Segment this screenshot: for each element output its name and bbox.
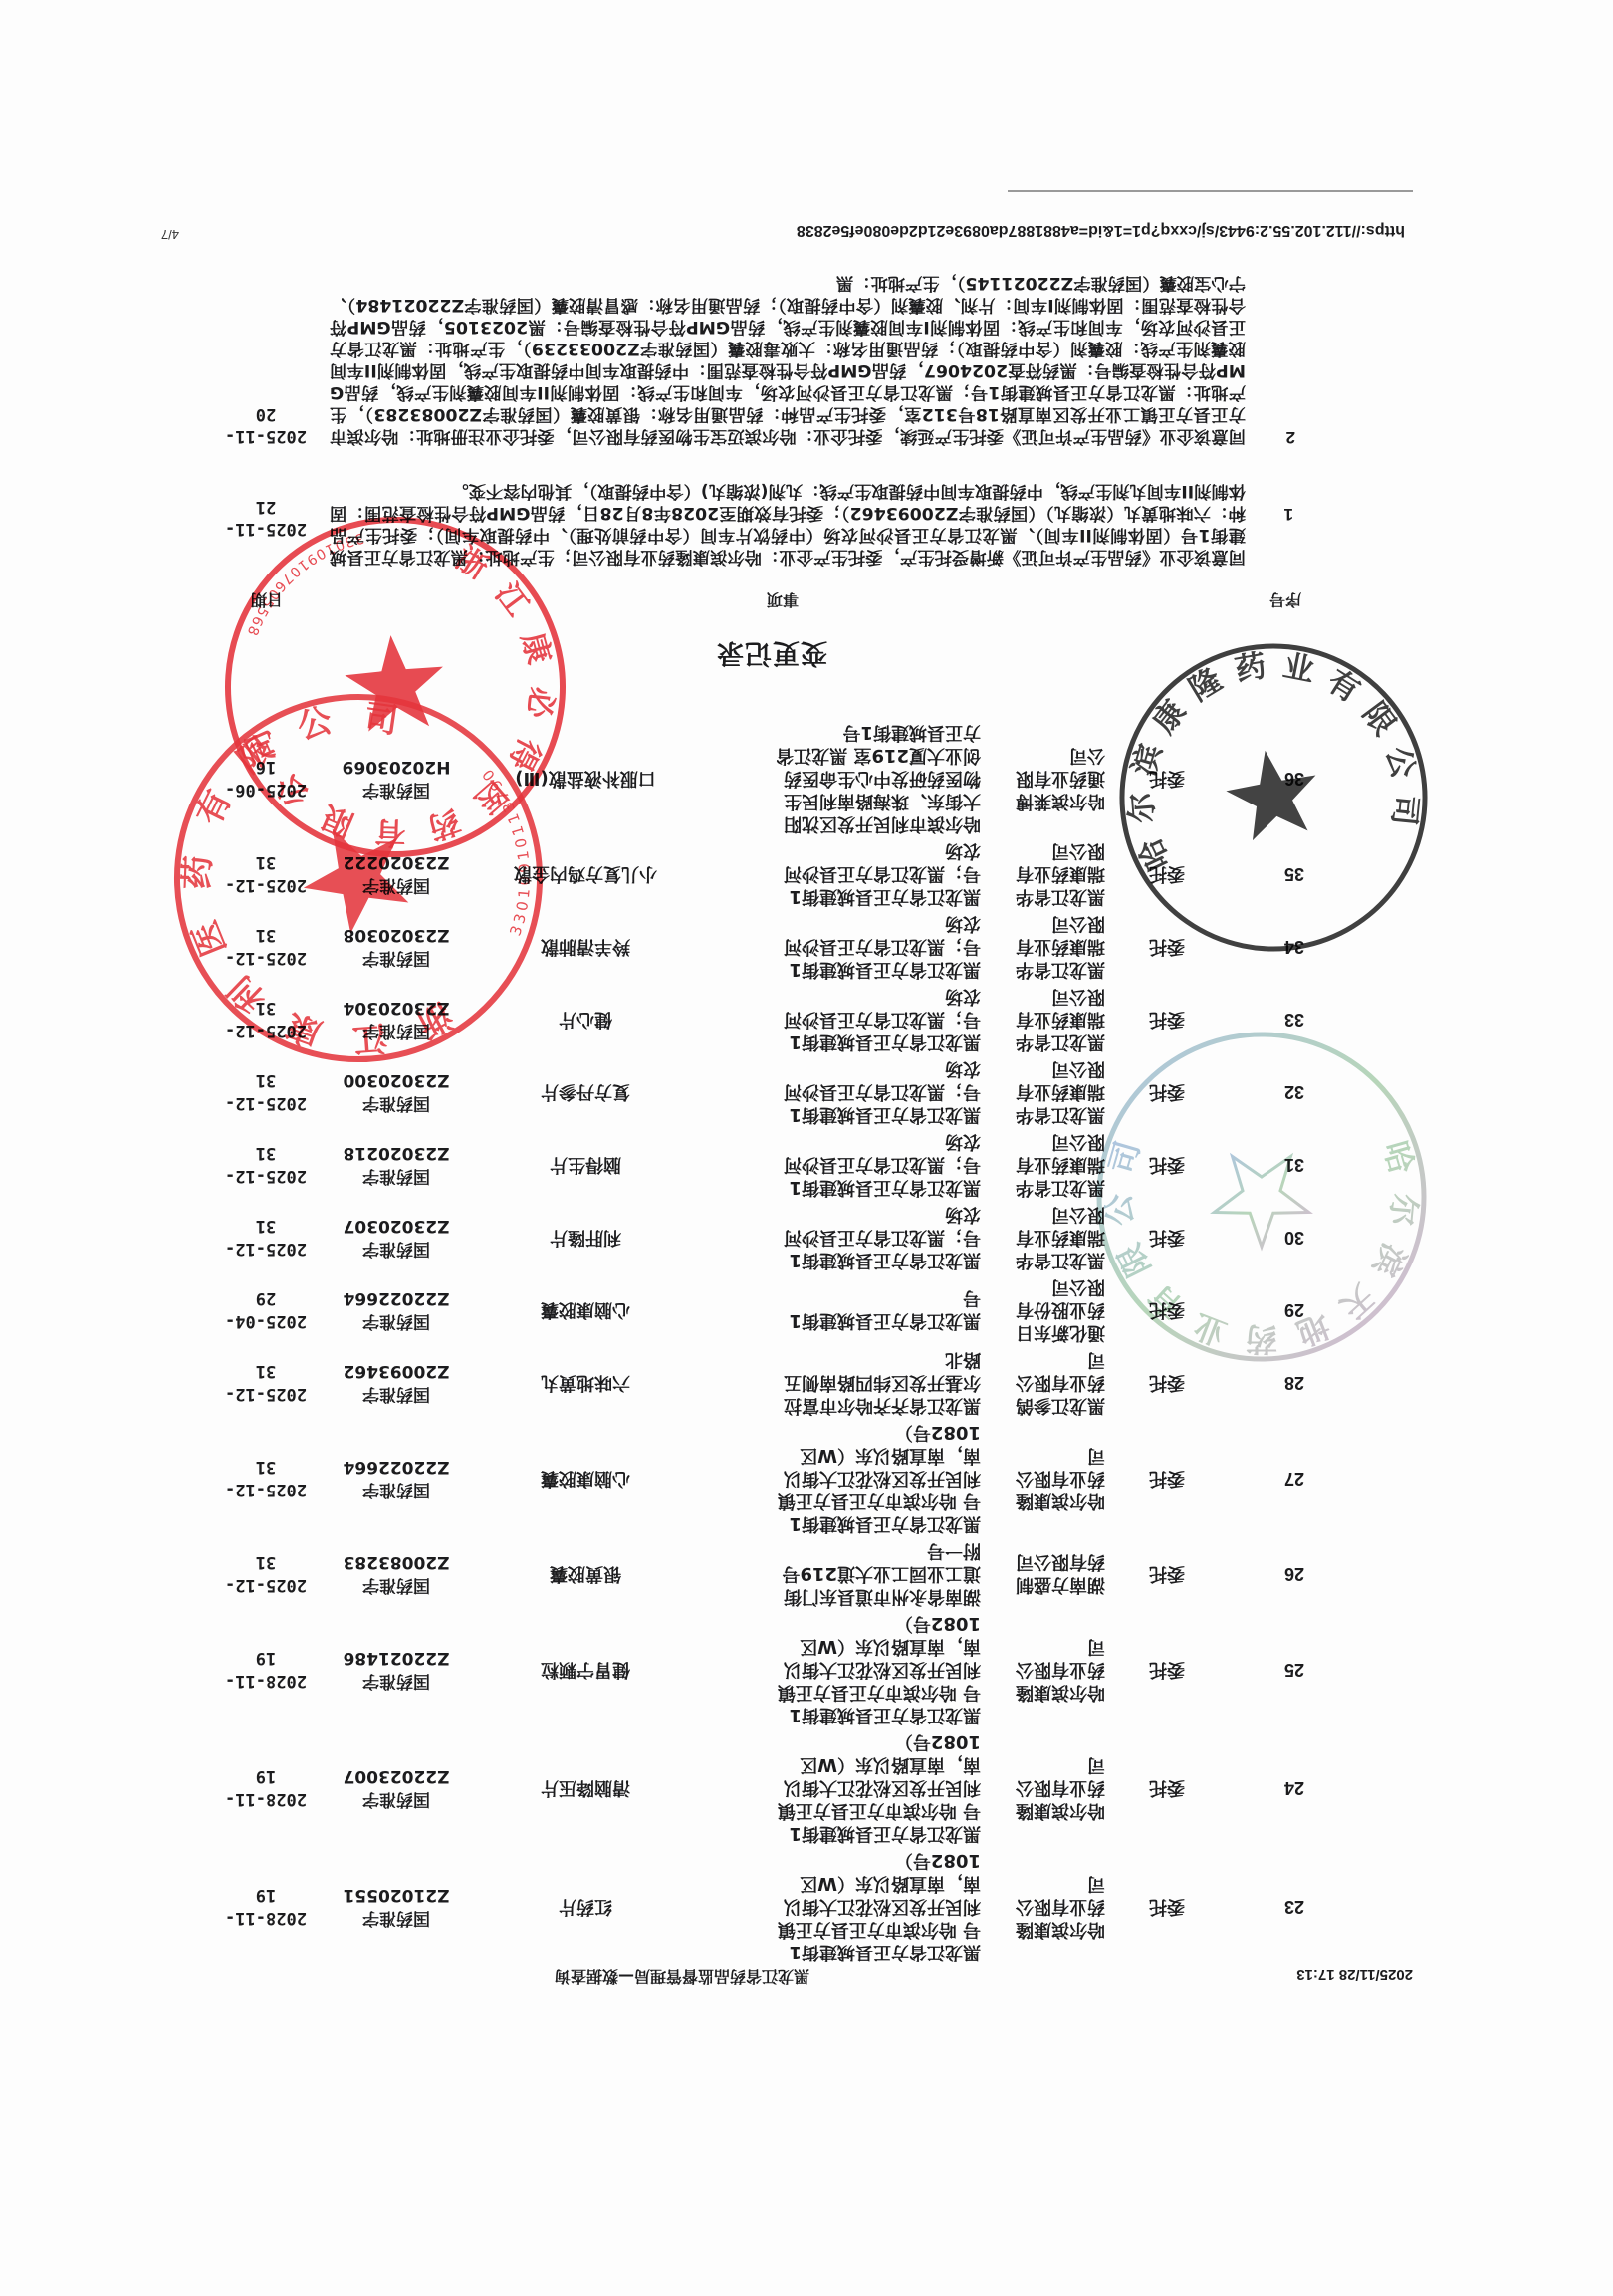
table-row: 26委托湖南方盛制药有限公司湖南省永州市道县东门街道工业园工业大道219号附一号… (213, 1537, 1334, 1610)
entrust-type: 委托 (1119, 1776, 1215, 1799)
production-address: 湖南省永州市道县东门街道工业园工业大道219号附一号 (747, 1539, 996, 1608)
row-index: 27 (1255, 1467, 1334, 1490)
expiry-date: 2025-12-31 (224, 997, 308, 1042)
row-index: 29 (1255, 1298, 1334, 1321)
table-row: 33委托黑龙江省华瑞康药业有限公司黑龙江省方正县城建街1号；黑龙江省方正县沙河农… (213, 983, 1334, 1055)
production-address: 黑龙江省方正县城建街1号；黑龙江省方正县沙河农场 (747, 985, 996, 1053)
drug-name: 六味地黄丸 (454, 1371, 717, 1394)
drug-name: 口服补液盐散(Ⅲ) (454, 767, 717, 790)
table-row: 25委托哈尔滨康隆药业有限公司黑龙江省方正县城建街1号 哈尔滨市方正县方正镇利民… (213, 1610, 1334, 1728)
column-header-date: 日期 (251, 589, 283, 612)
approval-number: 国药准字Z23020307 (339, 1215, 454, 1261)
table-row: 24委托哈尔滨康隆药业有限公司黑龙江省方正县城建街1号 哈尔滨市方正县方正镇利民… (213, 1728, 1334, 1847)
entrust-type: 委托 (1119, 1298, 1215, 1321)
row-index: 24 (1255, 1776, 1334, 1799)
column-header-index: 序号 (1269, 589, 1301, 612)
drug-name: 健胃宁颗粒 (454, 1658, 717, 1681)
expiry-date: 2025-12-31 (224, 1215, 308, 1261)
expiry-date: 2025-12-31 (224, 924, 308, 970)
change-content: 同意该企业《药品生产许可证》委托生产延续，委托企业：哈尔滨迈宝生物医药有限公司，… (330, 272, 1246, 447)
company-name: 黑龙江省华瑞康药业有限公司 (996, 1203, 1119, 1271)
production-address: 黑龙江省方正县城建街1号 哈尔滨市方正县方正镇利民开发区松花江大街以南，南直路以… (747, 1421, 996, 1535)
expiry-date: 2025-12-31 (224, 1142, 308, 1188)
document-sheet: 2025/11/28 17:13 黑龙江省药品监督管理局—数据查询 23委托哈尔… (0, 0, 1613, 2296)
drug-name: 小儿复方鸡内金散 (454, 862, 717, 885)
row-index: 30 (1255, 1226, 1334, 1249)
row-index: 26 (1255, 1562, 1334, 1585)
change-record-title: 变更记录 (672, 636, 871, 675)
entrust-type: 委托 (1119, 1226, 1215, 1249)
drug-name: 脑得生片 (454, 1153, 717, 1176)
entrust-type: 委托 (1119, 862, 1215, 885)
scanned-page: 2025/11/28 17:13 黑龙江省药品监督管理局—数据查询 23委托哈尔… (0, 0, 1613, 2296)
production-address: 黑龙江省齐齐哈尔市富拉尔基开发区纬四路南侧五路北 (747, 1348, 996, 1417)
row-index: 1 (1284, 504, 1293, 524)
scan-edge-line (1008, 190, 1413, 192)
row-index: 23 (1255, 1895, 1334, 1918)
entrust-type: 委托 (1119, 1467, 1215, 1490)
column-header-content: 事项 (767, 589, 799, 612)
entrust-type: 委托 (1119, 935, 1215, 958)
table-row: 23委托哈尔滨康隆药业有限公司黑龙江省方正县城建街1号 哈尔滨市方正县方正镇利民… (213, 1847, 1334, 1965)
expiry-date: 2025-12-31 (224, 1551, 308, 1597)
drug-name: 心脑康胶囊 (454, 1467, 717, 1490)
approval-number: 国药准字Z23020300 (339, 1069, 454, 1115)
expiry-date: 2025-12-31 (224, 851, 308, 897)
approval-number: 国药准字Z22022664 (339, 1456, 454, 1501)
print-datetime: 2025/11/28 17:13 (1296, 1966, 1413, 1983)
table-row: 27委托哈尔滨康隆药业有限公司黑龙江省方正县城建街1号 哈尔滨市方正县方正镇利民… (213, 1419, 1334, 1537)
company-name: 通化新东日药业股份有限公司 (996, 1275, 1119, 1344)
print-url: https://112.102.55.2:9443/sj/cxxq?p1=1&i… (797, 221, 1405, 239)
entrust-type: 委托 (1119, 1562, 1215, 1585)
production-address: 黑龙江省方正县城建街1号；黑龙江省方正县沙河农场 (747, 1203, 996, 1271)
approval-number: 国药准字Z23020308 (339, 924, 454, 970)
entrusted-production-table: 23委托哈尔滨康隆药业有限公司黑龙江省方正县城建街1号 哈尔滨市方正县方正镇利民… (213, 719, 1334, 1965)
expiry-date: 2025-06-16 (224, 756, 308, 802)
print-site-title: 黑龙江省药品监督管理局—数据查询 (555, 1966, 809, 1989)
table-row: 30委托黑龙江省华瑞康药业有限公司黑龙江省方正县城建街1号；黑龙江省方正县沙河农… (213, 1201, 1334, 1273)
company-name: 哈尔滨康隆药业有限公司 (996, 1444, 1119, 1512)
row-index: 34 (1255, 935, 1334, 958)
entrust-type: 委托 (1119, 1080, 1215, 1103)
change-date: 2025-11-21 (224, 496, 308, 540)
expiry-date: 2025-12-31 (224, 1069, 308, 1115)
table-row: 31委托黑龙江省华瑞康药业有限公司黑龙江省方正县城建街1号；黑龙江省方正县沙河农… (213, 1128, 1334, 1201)
approval-number: 国药准字Z20083283 (339, 1551, 454, 1597)
expiry-date: 2028-11-19 (224, 1884, 308, 1930)
company-name: 哈尔滨康隆药业有限公司 (996, 1635, 1119, 1704)
drug-name: 银黄胶囊 (454, 1562, 717, 1585)
production-address: 黑龙江省方正县城建街1号；黑龙江省方正县沙河农场 (747, 1130, 996, 1199)
table-row: 32委托黑龙江省华瑞康药业有限公司黑龙江省方正县城建街1号；黑龙江省方正县沙河农… (213, 1055, 1334, 1128)
company-name: 黑龙江省华瑞康药业有限公司 (996, 985, 1119, 1053)
company-name: 黑龙江省华瑞康药业有限公司 (996, 912, 1119, 981)
production-address: 黑龙江省方正县城建街1号；黑龙江省方正县沙河农场 (747, 839, 996, 908)
expiry-date: 2025-04-29 (224, 1287, 308, 1333)
expiry-date: 2028-11-19 (224, 1647, 308, 1693)
table-row: 34委托黑龙江省华瑞康药业有限公司黑龙江省方正县城建街1号；黑龙江省方正县沙河农… (213, 910, 1334, 983)
drug-name: 羚羊清肺散 (454, 935, 717, 958)
production-address: 黑龙江省方正县城建街1号；黑龙江省方正县沙河农场 (747, 912, 996, 981)
drug-name: 红药片 (454, 1895, 717, 1918)
approval-number: 国药准字Z22021486 (339, 1647, 454, 1693)
approval-number: 国药准字H20203069 (339, 756, 454, 802)
approval-number: 国药准字Z23020222 (339, 851, 454, 897)
entrust-type: 委托 (1119, 767, 1215, 790)
company-name: 黑龙江参鸽药业有限公司 (996, 1348, 1119, 1417)
entrust-type: 委托 (1119, 1371, 1215, 1394)
production-address: 黑龙江省方正县城建街1号 哈尔滨市方正县方正镇利民开发区松花江大街以南，南直路以… (747, 1730, 996, 1845)
company-name: 哈尔滨康隆药业有限公司 (996, 1753, 1119, 1822)
production-address: 黑龙江省方正县城建街1号 (747, 1287, 996, 1333)
row-index: 25 (1255, 1658, 1334, 1681)
company-name: 哈尔滨莱博通药业有限公司 (996, 744, 1119, 812)
expiry-date: 2025-12-31 (224, 1360, 308, 1406)
company-name: 黑龙江省华瑞康药业有限公司 (996, 839, 1119, 908)
drug-name: 复方丹参片 (454, 1080, 717, 1103)
change-content: 同意该企业《药品生产许可证》新增受托生产，委托生产企业：哈尔滨康隆药业有限公司；… (330, 480, 1246, 568)
expiry-date: 2028-11-19 (224, 1765, 308, 1811)
approval-number: 国药准字Z22022664 (339, 1287, 454, 1333)
approval-number: 国药准字Z23020218 (339, 1142, 454, 1188)
entrust-type: 委托 (1119, 1008, 1215, 1031)
row-index: 2 (1286, 427, 1295, 447)
production-address: 哈尔滨市利民开发区沈阳大街东、珠海路南利民生物医药研发中心生命医药创业大厦219… (747, 721, 996, 835)
table-row: 36委托哈尔滨莱博通药业有限公司哈尔滨市利民开发区沈阳大街东、珠海路南利民生物医… (213, 719, 1334, 837)
entrust-type: 委托 (1119, 1895, 1215, 1918)
approval-number: 国药准字Z23020304 (339, 997, 454, 1042)
row-index: 28 (1255, 1371, 1334, 1394)
approval-number: 国药准字Z22023007 (339, 1765, 454, 1811)
row-index: 32 (1255, 1080, 1334, 1103)
production-address: 黑龙江省方正县城建街1号；黑龙江省方正县沙河农场 (747, 1057, 996, 1126)
expiry-date: 2025-12-31 (224, 1456, 308, 1501)
row-index: 35 (1255, 862, 1334, 885)
table-row: 29委托通化新东日药业股份有限公司黑龙江省方正县城建街1号心脑康胶囊国药准字Z2… (213, 1273, 1334, 1346)
production-address: 黑龙江省方正县城建街1号 哈尔滨市方正县方正镇利民开发区松花江大街以南，南直路以… (747, 1849, 996, 1963)
row-index: 33 (1255, 1008, 1334, 1031)
company-name: 湖南方盛制药有限公司 (996, 1551, 1119, 1597)
drug-name: 健心片 (454, 1008, 717, 1031)
drug-name: 利肝隆片 (454, 1226, 717, 1249)
page-number: 4/7 (161, 227, 179, 242)
entrust-type: 委托 (1119, 1658, 1215, 1681)
approval-number: 国药准字Z21020551 (339, 1884, 454, 1930)
table-row: 35委托黑龙江省华瑞康药业有限公司黑龙江省方正县城建街1号；黑龙江省方正县沙河农… (213, 837, 1334, 910)
row-index: 36 (1255, 767, 1334, 790)
approval-number: 国药准字Z20093462 (339, 1360, 454, 1406)
company-name: 黑龙江省华瑞康药业有限公司 (996, 1057, 1119, 1126)
entrust-type: 委托 (1119, 1153, 1215, 1176)
table-row: 28委托黑龙江参鸽药业有限公司黑龙江省齐齐哈尔市富拉尔基开发区纬四路南侧五路北六… (213, 1346, 1334, 1419)
company-name: 哈尔滨康隆药业有限公司 (996, 1872, 1119, 1941)
row-index: 31 (1255, 1153, 1334, 1176)
company-name: 黑龙江省华瑞康药业有限公司 (996, 1130, 1119, 1199)
drug-name: 清脑降压片 (454, 1776, 717, 1799)
change-date: 2025-11-20 (224, 403, 308, 447)
production-address: 黑龙江省方正县城建街1号 哈尔滨市方正县方正镇利民开发区松花江大街以南，南直路以… (747, 1612, 996, 1726)
drug-name: 心脑康胶囊 (454, 1298, 717, 1321)
